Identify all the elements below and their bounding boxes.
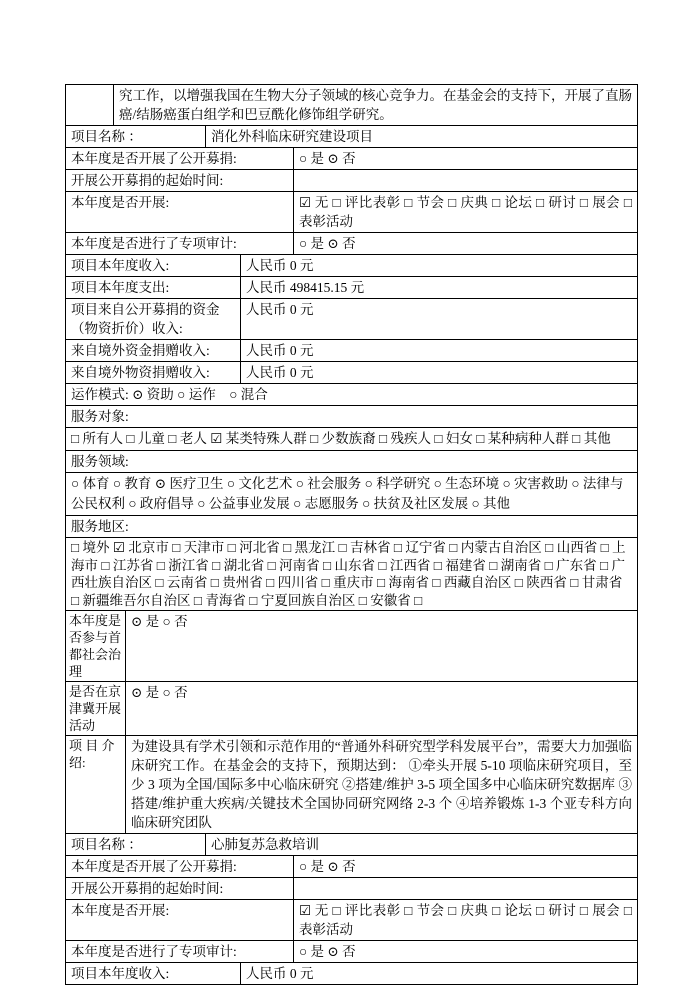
project1-income-value: 人民币 0 元	[241, 255, 637, 276]
project1-expense-value: 人民币 498415.15 元	[241, 277, 637, 298]
fundraising-start-label: 开展公开募捐的起始时间:	[66, 170, 294, 191]
jingjinji-value: ⊙ 是 ○ 否	[126, 682, 637, 735]
project2-special-audit-row: 本年度是否进行了专项审计: ○ 是 ⊙ 否	[66, 940, 637, 962]
service-area-options: □ 境外 ☑ 北京市 □ 天津市 □ 河北省 □ 黑龙江 □ 吉林省 □ 辽宁省…	[66, 538, 637, 610]
project2-fundraising-start-value	[294, 878, 637, 899]
income-label: 项目本年度收入:	[66, 963, 241, 984]
service-area-label: 服务地区:	[66, 516, 637, 537]
project1-overseas-fund-income-value: 人民币 0 元	[241, 340, 637, 361]
document-page: 究工作，以增强我国在生物大分子领域的核心竞争力。在基金会的支持下，开展了直肠癌/…	[0, 0, 700, 989]
public-fund-income-label: 项目来自公开募捐的资金（物资折价）收入:	[66, 299, 241, 339]
empty-label-cell	[66, 85, 114, 125]
project1-special-audit-row: 本年度是否进行了专项审计: ○ 是 ⊙ 否	[66, 232, 637, 254]
special-audit-label: 本年度是否进行了专项审计:	[66, 233, 294, 254]
project1-overseas-goods-income-value: 人民币 0 元	[241, 362, 637, 383]
jingjinji-label: 是否在京津冀开展活动	[66, 682, 126, 735]
service-area-label-row: 服务地区:	[66, 515, 637, 537]
project2-name-value: 心肺复苏急救培训	[206, 834, 637, 855]
service-field-options-row: ○ 体育 ○ 教育 ⊙ 医疗卫生 ○ 文化艺术 ○ 社会服务 ○ 科学研究 ○ …	[66, 472, 637, 515]
project1-income-row: 项目本年度收入: 人民币 0 元	[66, 254, 637, 276]
project-intro-label: 项 目 介 绍:	[66, 736, 126, 833]
project2-public-fundraising-row: 本年度是否开展了公开募捐: ○ 是 ⊙ 否	[66, 855, 637, 877]
project2-activities-row: 本年度是否开展: ☑ 无 □ 评比表彰 □ 节会 □ 庆典 □ 论坛 □ 研讨 …	[66, 899, 637, 940]
project1-name-row: 项目名称 ： 消化外科临床研究建设项目	[66, 125, 637, 147]
service-target-options: □ 所有人 □ 儿童 □ 老人 ☑ 某类特殊人群 □ 少数族裔 □ 残疾人 □ …	[66, 428, 637, 450]
service-target-label-row: 服务对象:	[66, 405, 637, 427]
service-field-label: 服务领域:	[66, 451, 637, 472]
service-target-options-row: □ 所有人 □ 儿童 □ 老人 ☑ 某类特殊人群 □ 少数族裔 □ 残疾人 □ …	[66, 427, 637, 450]
project1-public-fundraising-value: ○ 是 ⊙ 否	[294, 148, 637, 169]
project-name-label: 项目名称 ：	[66, 834, 206, 855]
income-label: 项目本年度收入:	[66, 255, 241, 276]
service-target-label: 服务对象:	[66, 406, 637, 427]
expense-label: 项目本年度支出:	[66, 277, 241, 298]
overseas-fund-income-label: 来自境外资金捐赠收入:	[66, 340, 241, 361]
project2-public-fundraising-value: ○ 是 ⊙ 否	[294, 856, 637, 877]
project2-special-audit-value: ○ 是 ⊙ 否	[294, 941, 637, 962]
project1-expense-row: 项目本年度支出: 人民币 498415.15 元	[66, 276, 637, 298]
activities-label: 本年度是否开展:	[66, 192, 294, 232]
project1-overseas-goods-income-row: 来自境外物资捐赠收入: 人民币 0 元	[66, 361, 637, 383]
project1-public-fundraising-row: 本年度是否开展了公开募捐: ○ 是 ⊙ 否	[66, 147, 637, 169]
jingjinji-row: 是否在京津冀开展活动 ⊙ 是 ○ 否	[66, 681, 637, 735]
project2-fundraising-start-row: 开展公开募捐的起始时间:	[66, 877, 637, 899]
project1-intro-text: 为建设具有学术引领和示范作用的“普通外科研究型学科发展平台”，需要大力加强临床研…	[126, 736, 637, 833]
project1-intro-continued-row: 究工作，以增强我国在生物大分子领域的核心竞争力。在基金会的支持下，开展了直肠癌/…	[66, 85, 637, 125]
project1-name-value: 消化外科临床研究建设项目	[206, 126, 637, 147]
project1-overseas-fund-income-row: 来自境外资金捐赠收入: 人民币 0 元	[66, 339, 637, 361]
service-field-label-row: 服务领域:	[66, 450, 637, 472]
capital-governance-value: ⊙ 是 ○ 否	[126, 611, 637, 681]
project1-activities-value: ☑ 无 □ 评比表彰 □ 节会 □ 庆典 □ 论坛 □ 研讨 □ 展会 □ 表彰…	[294, 192, 637, 232]
project1-fundraising-start-row: 开展公开募捐的起始时间:	[66, 169, 637, 191]
project1-fundraising-start-value	[294, 170, 637, 191]
project1-activities-row: 本年度是否开展: ☑ 无 □ 评比表彰 □ 节会 □ 庆典 □ 论坛 □ 研讨 …	[66, 191, 637, 232]
project1-public-fund-income-value: 人民币 0 元	[241, 299, 637, 339]
project1-intro-row: 项 目 介 绍: 为建设具有学术引领和示范作用的“普通外科研究型学科发展平台”，…	[66, 735, 637, 833]
capital-governance-label: 本年度是否参与首都社会治理	[66, 611, 126, 681]
overseas-goods-income-label: 来自境外物资捐赠收入:	[66, 362, 241, 383]
capital-governance-row: 本年度是否参与首都社会治理 ⊙ 是 ○ 否	[66, 610, 637, 681]
fundraising-start-label: 开展公开募捐的起始时间:	[66, 878, 294, 899]
project2-name-row: 项目名称 ： 心肺复苏急救培训	[66, 833, 637, 855]
project-report-table: 究工作，以增强我国在生物大分子领域的核心竞争力。在基金会的支持下，开展了直肠癌/…	[65, 84, 638, 985]
special-audit-label: 本年度是否进行了专项审计:	[66, 941, 294, 962]
activities-label: 本年度是否开展:	[66, 900, 294, 940]
service-field-options: ○ 体育 ○ 教育 ⊙ 医疗卫生 ○ 文化艺术 ○ 社会服务 ○ 科学研究 ○ …	[66, 473, 637, 515]
project1-operation-mode-row: 运作模式: ⊙ 资助 ○ 运作 ○ 混合	[66, 383, 637, 405]
project1-intro-continued-text: 究工作，以增强我国在生物大分子领域的核心竞争力。在基金会的支持下，开展了直肠癌/…	[114, 85, 637, 125]
project1-public-fund-income-row: 项目来自公开募捐的资金（物资折价）收入: 人民币 0 元	[66, 298, 637, 339]
project1-special-audit-value: ○ 是 ⊙ 否	[294, 233, 637, 254]
project2-income-value: 人民币 0 元	[241, 963, 637, 984]
operation-mode-text: 运作模式: ⊙ 资助 ○ 运作 ○ 混合	[66, 384, 637, 405]
public-fundraising-label: 本年度是否开展了公开募捐:	[66, 856, 294, 877]
project2-activities-value: ☑ 无 □ 评比表彰 □ 节会 □ 庆典 □ 论坛 □ 研讨 □ 展会 □ 表彰…	[294, 900, 637, 940]
project2-income-row: 项目本年度收入: 人民币 0 元	[66, 962, 637, 984]
project-name-label: 项目名称 ：	[66, 126, 206, 147]
service-area-options-row: □ 境外 ☑ 北京市 □ 天津市 □ 河北省 □ 黑龙江 □ 吉林省 □ 辽宁省…	[66, 537, 637, 610]
public-fundraising-label: 本年度是否开展了公开募捐:	[66, 148, 294, 169]
